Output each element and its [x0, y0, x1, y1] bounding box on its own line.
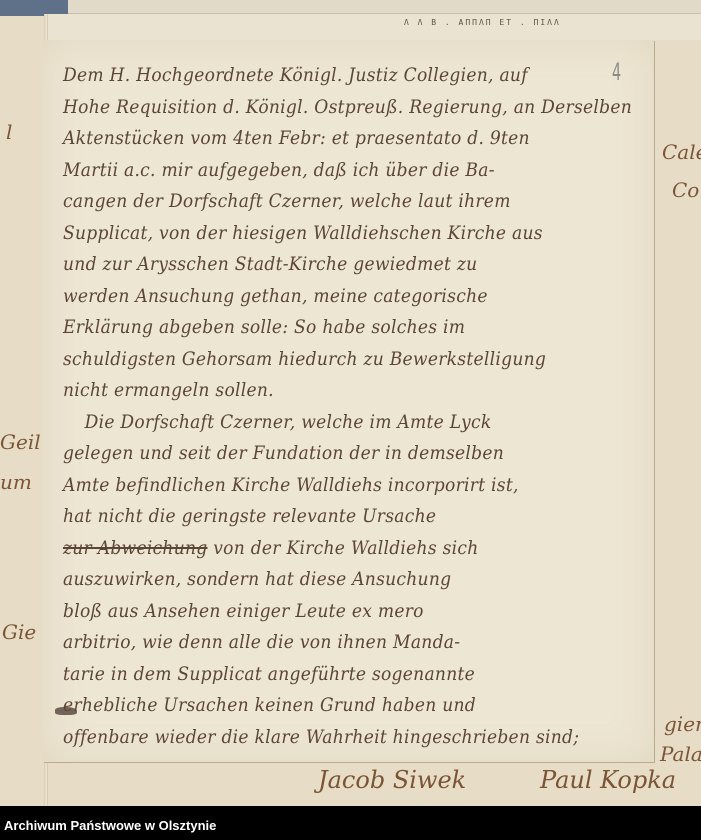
handwritten-line: Dem H. Hochgeordnete Königl. Justiz Coll… — [63, 60, 477, 92]
page-number: 4 — [612, 58, 621, 86]
manuscript-page: 4 Dem H. Hochgeordnete Königl. Justiz Co… — [43, 40, 654, 762]
handwritten-line: schuldigsten Gehorsam hiedurch zu Bewerk… — [63, 344, 477, 376]
handwritten-line: werden Ansuchung gethan, meine categoris… — [63, 281, 477, 313]
handwritten-line: und zur Arysschen Stadt-Kirche gewiedmet… — [63, 249, 477, 281]
left-margin-note: Gie — [2, 620, 36, 644]
handwritten-line: erhebliche Ursachen keinen Grund haben u… — [63, 690, 477, 722]
printed-text-fragment: Λ Λ B . AΠΠΛΠ ET . ΠΙΛΛ — [404, 18, 561, 27]
handwritten-line: auszuwirken, sondern hat diese Ansuchung — [63, 564, 477, 596]
left-margin-note: um — [0, 470, 32, 494]
handwritten-line: nicht ermangeln sollen. — [63, 375, 477, 407]
handwritten-line: Martii a.c. mir aufgegeben, daß ich über… — [63, 155, 477, 187]
handwritten-line: cangen der Dorfschaft Czerner, welche la… — [63, 186, 477, 218]
handwritten-line: offenbare wieder die klare Wahrheit hing… — [63, 722, 477, 754]
handwritten-line: hat nicht die geringste relevante Ursach… — [63, 501, 477, 533]
top-paper-edge — [68, 0, 701, 14]
right-margin-note: Pala — [660, 742, 701, 766]
handwritten-line: arbitrio, wie denn alle die von ihnen Ma… — [63, 627, 477, 659]
left-margin-note: Geil — [0, 430, 41, 454]
handwritten-text: Dem H. Hochgeordnete Königl. Justiz Coll… — [63, 60, 523, 753]
handwritten-line: tarie in dem Supplicat angeführte sogena… — [63, 659, 477, 691]
handwritten-line: Hohe Requisition d. Königl. Ostpreuß. Re… — [63, 92, 477, 124]
right-margin-note: gien — [664, 712, 701, 736]
back-sheet-edge: Λ Λ B . AΠΠΛΠ ET . ΠΙΛΛ — [44, 14, 701, 40]
document-scan: Λ Λ B . AΠΠΛΠ ET . ΠΙΛΛ l Geil um Gie Ca… — [0, 0, 701, 806]
struck-text: zur Abweichung — [63, 537, 208, 559]
signature-2: Paul Kopka — [540, 766, 676, 794]
left-margin-note: l — [6, 120, 12, 144]
handwritten-line: Aktenstücken vom 4ten Febr: et praesenta… — [63, 123, 477, 155]
handwritten-line: zur Abweichung von der Kirche Walldiehs … — [63, 533, 477, 565]
handwritten-line: gelegen und seit der Fundation der in de… — [63, 438, 477, 470]
handwritten-line: Die Dorfschaft Czerner, welche im Amte L… — [63, 407, 477, 439]
handwritten-line: Supplicat, von der hiesigen Walldiehsche… — [63, 218, 477, 250]
right-margin-note: Calen — [662, 140, 701, 164]
handwritten-line: bloß aus Ansehen einiger Leute ex mero — [63, 596, 477, 628]
archive-caption: Archiwum Państwowe w Olsztynie — [4, 818, 216, 833]
signature-1: Jacob Siwek — [318, 766, 466, 794]
caption-bar: Archiwum Państwowe w Olsztynie — [0, 806, 701, 840]
handwritten-line: Erklärung abgeben solle: So habe solches… — [63, 312, 477, 344]
right-margin-note: Corp — [672, 178, 701, 202]
handwritten-line: Amte befindlichen Kirche Walldiehs incor… — [63, 470, 477, 502]
